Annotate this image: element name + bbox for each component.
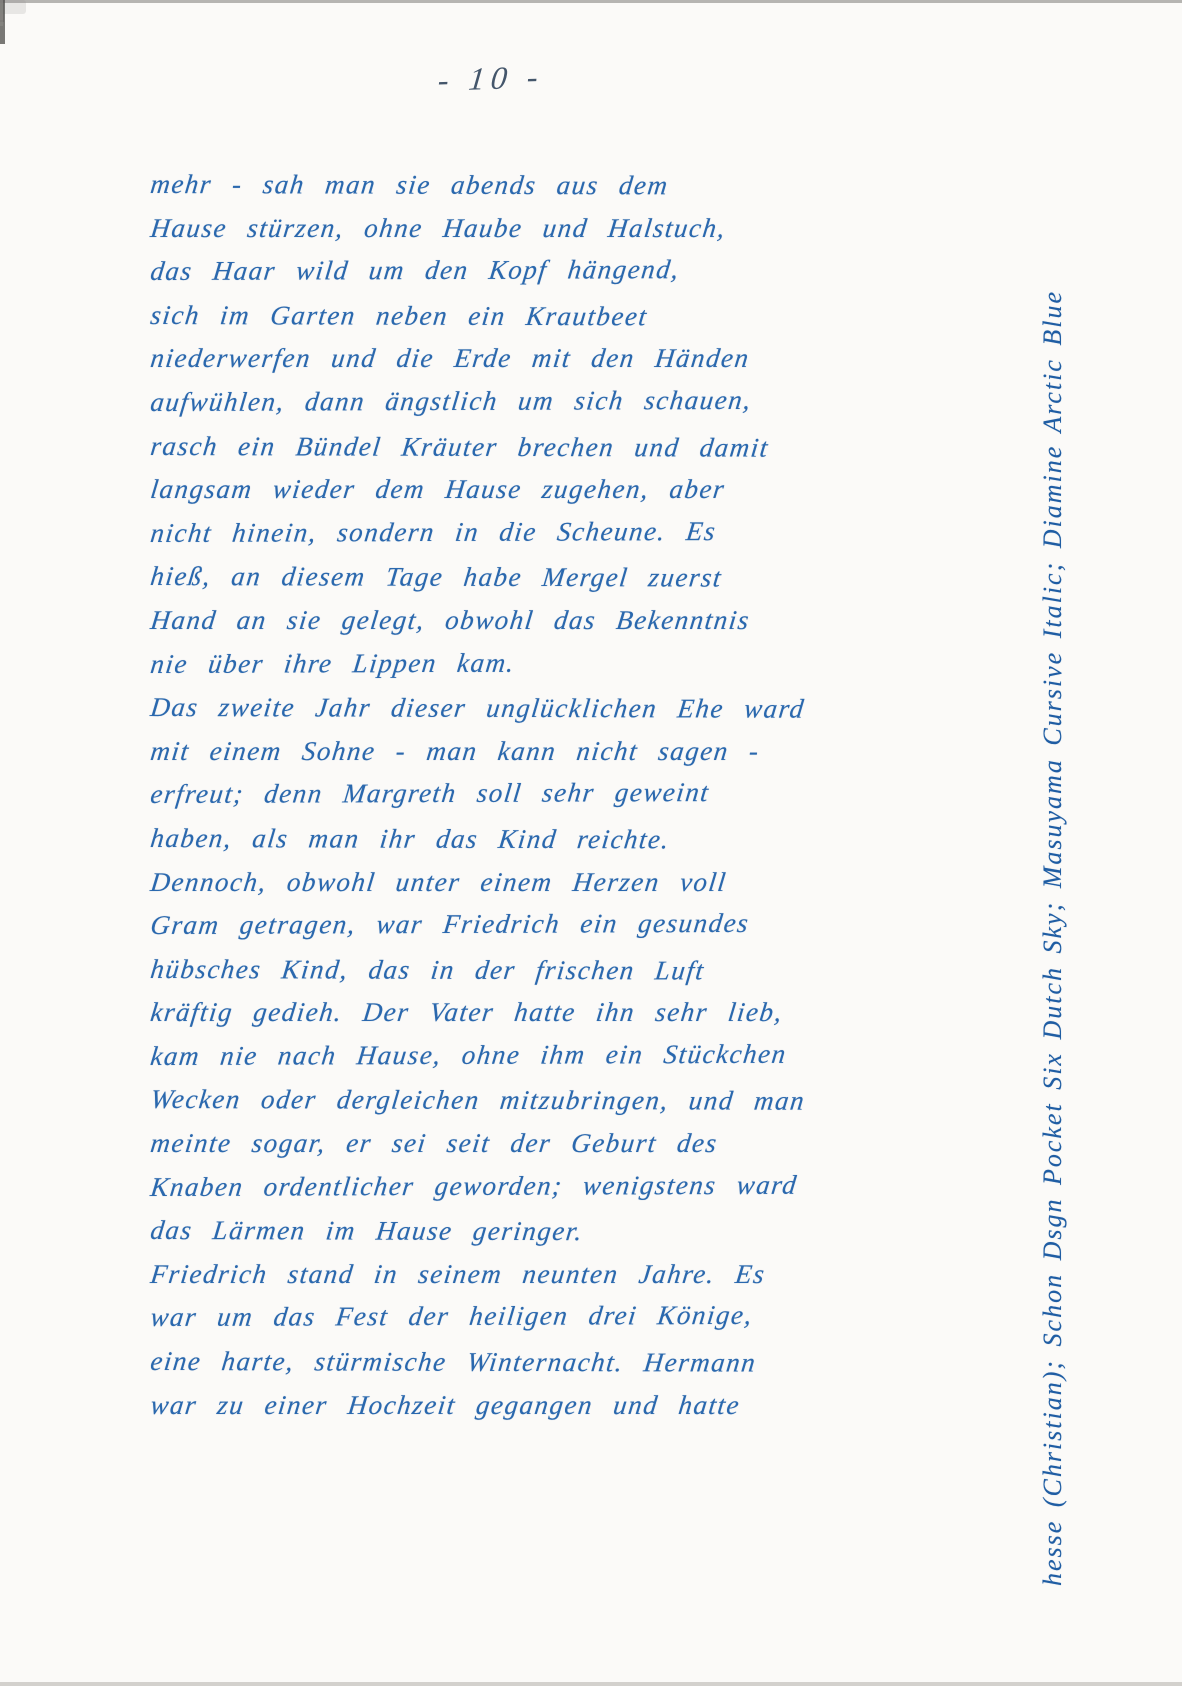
scan-edge-top [0, 0, 1182, 3]
handwritten-line: Hand an sie gelegt, obwohl das Bekenntni… [148, 599, 983, 643]
handwritten-line: meinte sogar, er sei seit der Geburt des [148, 1122, 983, 1166]
handwritten-line: haben, als man ihr das Kind reichte. [148, 817, 983, 863]
handwritten-line: Knaben ordentlicher geworden; wenigstens… [148, 1163, 984, 1209]
handwritten-line: Wecken oder dergleichen mitzubringen, un… [148, 1078, 983, 1124]
handwritten-line: nie über ihre Lippen kam. [148, 640, 984, 686]
scanned-page: - 10 - mehr - sah man sie abends aus dem… [0, 0, 1182, 1686]
handwritten-line: niederwerfen und die Erde mit den Händen [148, 337, 983, 381]
scan-edge-bottom [0, 1682, 1182, 1686]
handwritten-line: Gram getragen, war Friedrich ein gesunde… [148, 901, 984, 947]
handwritten-line: mit einem Sohne - man kann nicht sagen - [148, 730, 983, 774]
handwritten-line: aufwühlen, dann ängstlich um sich schaue… [148, 378, 984, 424]
margin-note: hesse (Christian); Schon Dsgn Pocket Six… [1038, 24, 1108, 1586]
handwritten-text-block: mehr - sah man sie abends aus demHause s… [148, 163, 978, 1427]
handwritten-line: Das zweite Jahr dieser unglücklichen Ehe… [148, 686, 983, 732]
handwritten-line: war um das Fest der heiligen drei Könige… [148, 1294, 984, 1340]
handwritten-line: das Haar wild um den Kopf hängend, [148, 247, 984, 293]
handwritten-line: das Lärmen im Hause geringer. [148, 1209, 983, 1255]
handwritten-line: mehr - sah man sie abends aus dem [148, 163, 983, 209]
handwritten-line: erfreut; denn Margreth soll sehr geweint [148, 770, 984, 816]
handwritten-line: Friedrich stand in seinem neunten Jahre.… [148, 1253, 983, 1297]
handwritten-line: sich im Garten neben ein Krautbeet [148, 294, 983, 340]
scan-artifact [0, 0, 3, 20]
handwritten-line: eine harte, stürmische Winternacht. Herm… [148, 1340, 983, 1386]
handwritten-line: rasch ein Bündel Kräuter brechen und dam… [148, 425, 983, 471]
handwritten-line: Dennoch, obwohl unter einem Herzen voll [148, 861, 983, 905]
handwritten-line: kam nie nach Hause, ohne ihm ein Stückch… [148, 1032, 984, 1078]
handwritten-line: langsam wieder dem Hause zugehen, aber [148, 468, 983, 512]
handwritten-line: nicht hinein, sondern in die Scheune. Es [148, 509, 984, 555]
handwritten-line: hieß, an diesem Tage habe Mergel zuerst [148, 555, 983, 601]
handwritten-line: kräftig gedieh. Der Vater hatte ihn sehr… [148, 991, 983, 1035]
handwritten-line: hübsches Kind, das in der frischen Luft [148, 948, 983, 994]
page-number: - 10 - [0, 43, 986, 114]
handwritten-line: war zu einer Hochzeit gegangen und hatte [148, 1384, 983, 1428]
handwritten-line: Hause stürzen, ohne Haube und Halstuch, [148, 207, 983, 251]
